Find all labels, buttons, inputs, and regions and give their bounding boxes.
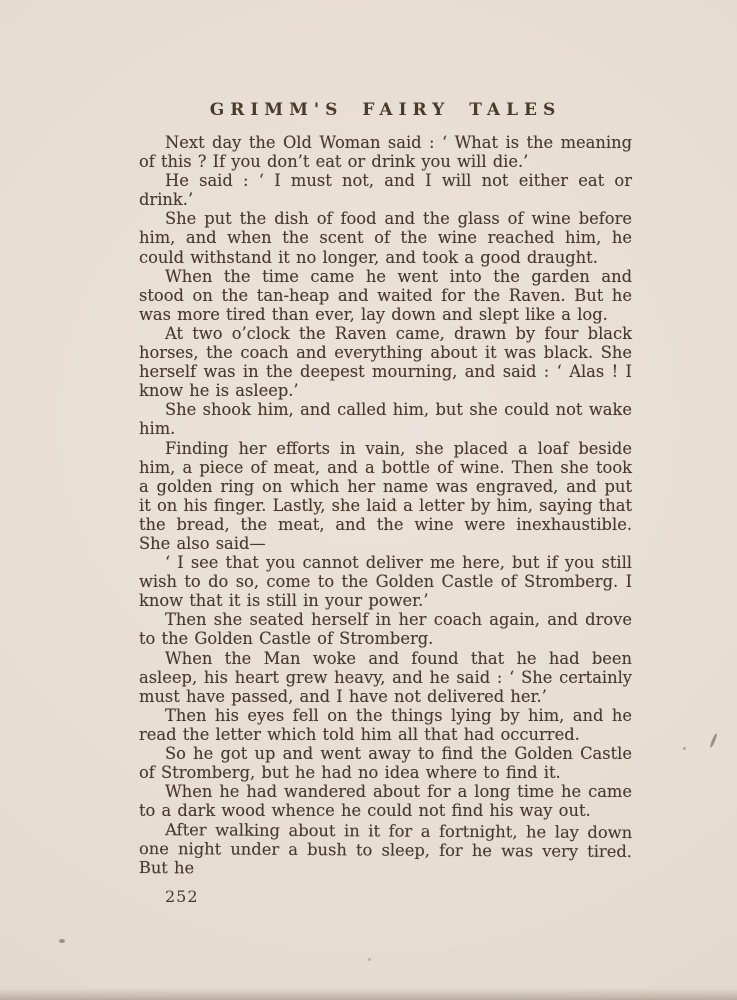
book-page-scan: GRIMM'S FAIRY TALES Next day the Old Wom… [0,0,737,1000]
story-text: Next day the Old Woman said : ‘ What is … [139,133,632,878]
ink-mark [709,733,717,748]
paper-speck [368,958,371,961]
paragraph: At two o’clock the Raven came, drawn by … [139,324,632,400]
paragraph: When the Man woke and found that he had … [139,649,632,706]
paragraph: After walking about in it for a fortnigh… [139,820,632,880]
paragraph: She shook him, and called him, but she c… [139,400,632,438]
paragraph: When he had wandered about for a long ti… [139,782,632,820]
paper-speck [59,939,65,943]
page-number: 252 [139,887,632,906]
paragraph: When the time came he went into the gard… [139,267,632,324]
paragraph: Finding her efforts in vain, she placed … [139,439,632,554]
running-head: GRIMM'S FAIRY TALES [139,100,632,120]
paragraph: So he got up and went away to find the G… [139,744,632,782]
paragraph: Then his eyes fell on the things lying b… [139,706,632,744]
text-block: GRIMM'S FAIRY TALES Next day the Old Wom… [139,100,632,906]
paragraph: ‘ I see that you cannot deliver me here,… [139,553,632,610]
paragraph: Next day the Old Woman said : ‘ What is … [139,133,632,171]
paragraph: Then she seated herself in her coach aga… [139,610,632,648]
paragraph: He said : ‘ I must not, and I will not e… [139,171,632,209]
paper-speck [683,747,686,750]
paragraph: She put the dish of food and the glass o… [139,209,632,266]
